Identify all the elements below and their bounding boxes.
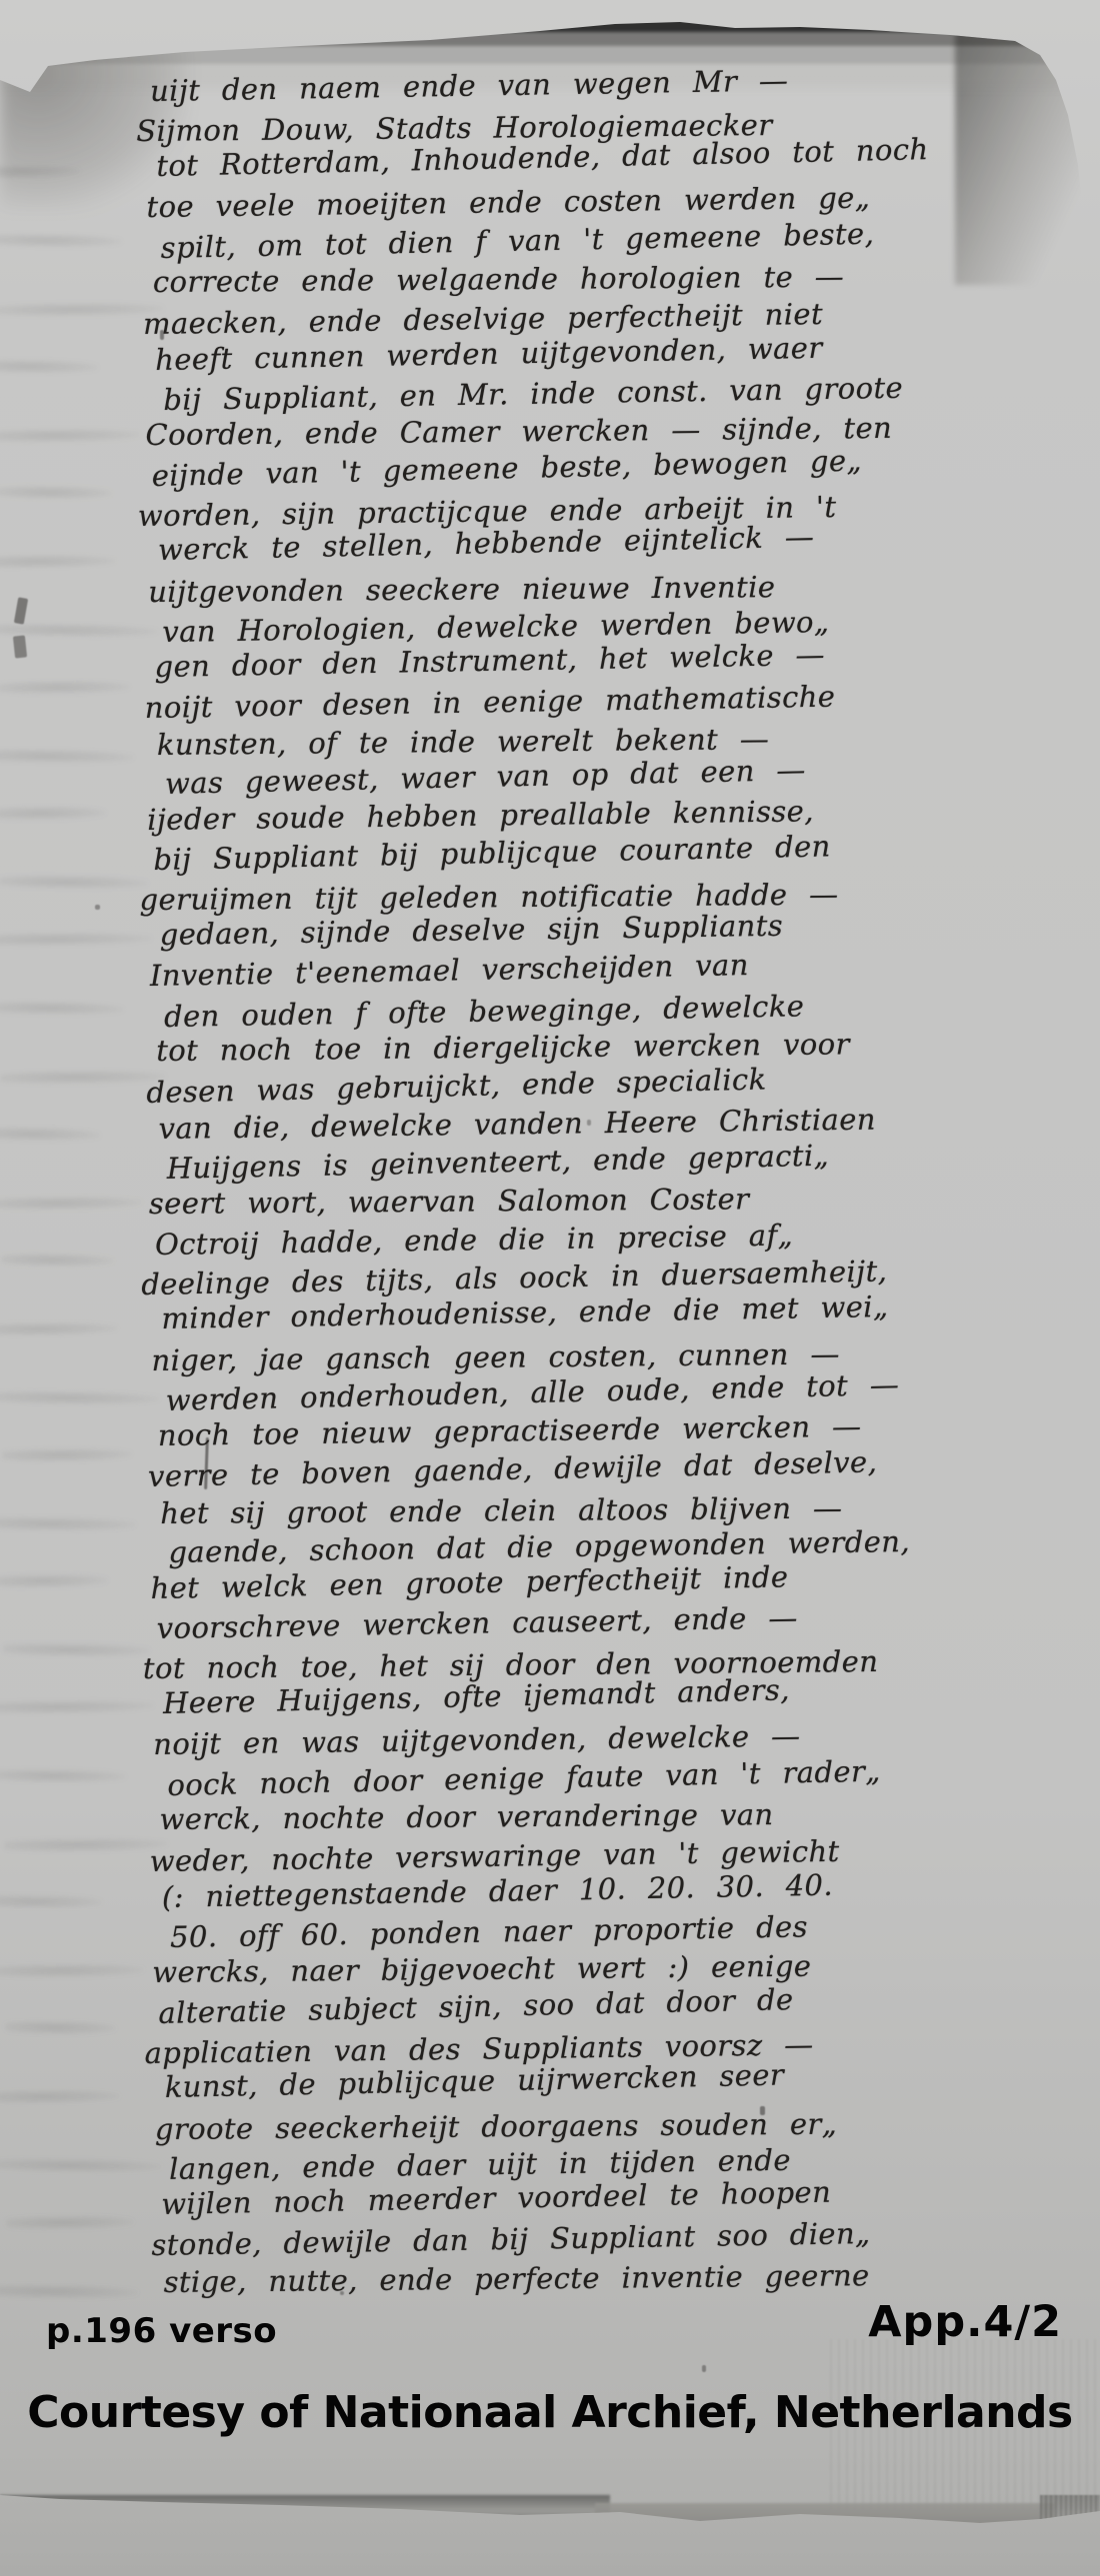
manuscript-line: noijt voor desen in eenige mathematische: [144, 680, 835, 725]
manuscript-line: werck, nochte door veranderinge van: [159, 1797, 773, 1836]
manuscript-line: den ouden f ofte beweginge, dewelcke: [164, 989, 805, 1034]
bottom-edge-right-strip: [1040, 2495, 1100, 2531]
paper-bottom-edge: [0, 2487, 1100, 2557]
manuscript-line: bij Suppliant, en Mr. inde const. van gr…: [163, 370, 903, 416]
appendix-label: App.4/2: [868, 2297, 1062, 2347]
manuscript-line: noch toe nieuw gepractiseerde wercken —: [158, 1409, 862, 1452]
bottom-edge-left-strip: [0, 2495, 610, 2529]
manuscript-line: verre te boven gaende, dewijle dat desel…: [148, 1445, 878, 1494]
manuscript-line: stonde, dewijle dan bij Suppliant soo di…: [151, 2216, 871, 2262]
manuscript-line: Inventie t'eenemael verscheijden van: [150, 948, 749, 993]
manuscript-line: 50. off 60. ponden naer proportie des: [170, 1909, 808, 1954]
page-number-label: p.196 verso: [46, 2311, 277, 2351]
manuscript-line: oock noch door eenige faute van 't rader…: [167, 1753, 881, 1801]
bottom-edge-tape-strip: [595, 2503, 1055, 2547]
scanned-page: uijt den naem ende van wegen Mr —Sijmon …: [0, 0, 1100, 2576]
manuscript-line: desen was gebruijckt, ende specialick: [146, 1062, 767, 1110]
credit-line: Courtesy of Nationaal Archief, Netherlan…: [0, 2387, 1100, 2438]
manuscript-line: uijt den naem ende van wegen Mr —: [150, 63, 789, 108]
manuscript-line: spilt, om tot dien f van 't gemeene best…: [160, 216, 874, 264]
manuscript-line: het sij groot ende clein altoos blijven …: [160, 1490, 842, 1529]
manuscript-text-block: uijt den naem ende van wegen Mr —Sijmon …: [0, 0, 1100, 2300]
manuscript-line: ijeder soude hebben preallable kennisse,: [147, 794, 814, 837]
manuscript-line: correcte ende welgaende horologien te —: [153, 260, 845, 299]
manuscript-line: bij Suppliant bij publijcque courante de…: [153, 829, 831, 877]
manuscript-line: alteratie subject sijn, soo dat door de: [158, 1982, 794, 2030]
manuscript-line: stige, nutte, ende perfecte inventie gee…: [163, 2258, 869, 2299]
manuscript-line: noijt en was uijtgevonden, dewelcke —: [153, 1719, 801, 1761]
manuscript-line: Huijgens is geinventeert, ende gepracti„: [166, 1138, 829, 1185]
manuscript-line: Octroij hadde, ende die in precise af„: [155, 1218, 793, 1261]
manuscript-line: toe veele moeijten ende costen werden ge…: [146, 181, 870, 224]
manuscript-line: uijtgevonden seeckere nieuwe Inventie: [148, 570, 775, 609]
paper-sheet: uijt den naem ende van wegen Mr —Sijmon …: [0, 0, 1100, 2576]
manuscript-line: seert wort, waervan Salomon Coster: [149, 1182, 750, 1221]
manuscript-line: gaende, schoon dat die opgewonden werden…: [168, 1524, 910, 1569]
manuscript-line: voorschreve wercken causeert, ende —: [156, 1600, 798, 1645]
manuscript-line: groote seeckerheijt doorgaens souden er„: [155, 2106, 837, 2145]
ink-speck: [702, 2365, 706, 2372]
